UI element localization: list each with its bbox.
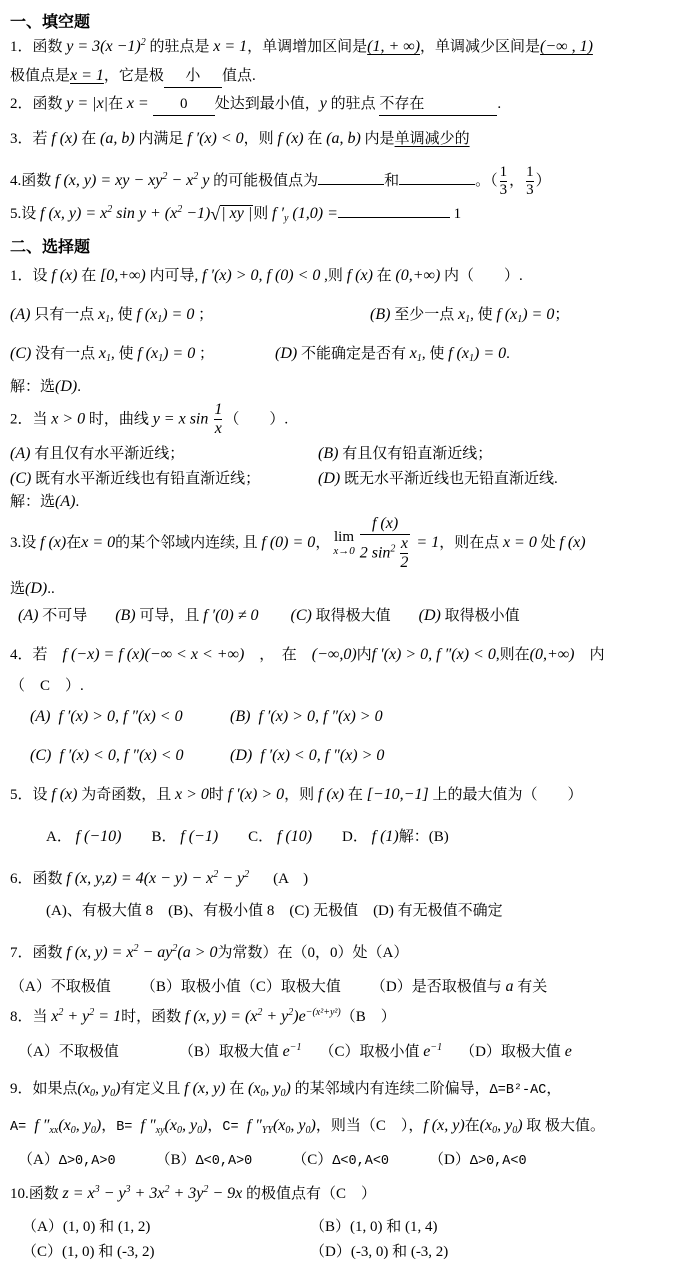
math-run: − 9x [208,1185,242,1202]
superscript: −1 [430,1042,442,1053]
mc4-answer: （ C ）. [10,675,673,697]
math-run: f (x, y) = xy − xy [55,172,162,189]
mc5-options: A． f (−10)B． f (−1)C． f (10)D． f (1)解：(B… [10,826,673,848]
text-run: （D） [429,1152,470,1168]
math-run: f (x [496,306,517,323]
text-run: 为奇函数，且 [77,787,175,803]
mc10-options-ab: （A）(1, 0) 和 (1, 2)（B）(1, 0) 和 (1, 4) [10,1216,673,1238]
math-run: f ′(x) > 0, f (0) < 0 [202,267,320,284]
column: (C)f ′(x) < 0, f ″(x) < 0 [30,745,230,767]
math-run: (D) [318,470,340,487]
math-run: x > 0 [51,410,85,427]
text-run: 。（ [475,173,498,189]
fraction: 13 [524,164,536,200]
math-run: [−10,−1] [367,786,429,803]
math-run: , y [290,1117,305,1134]
math-run: (D) [55,378,77,395]
text-run: C． [248,829,277,845]
fraction: x2 [398,535,410,573]
text-run: 既有水平渐近线也有铅直渐近线； [31,471,260,487]
section-2-lines: 1．设 f (x) 在 [0,+∞) 内可导, f ′(x) > 0, f (0… [10,265,673,1264]
text-run: （D）是否取极值与 [371,979,506,995]
text-run: ） [536,173,551,189]
section-1-lines: 1．函数 y = 3(x −1)2 的驻点是 x = 1，单调增加区间是(1, … [10,36,673,225]
math-run: f (x) [559,534,585,551]
mc3-statement: 3.设 f (x)在x = 0的某个邻域内连续, 且 f (0) = 0，lim… [10,515,673,572]
math-run: f (x) [347,267,373,284]
mono-run: Δ=B²-AC [490,1083,547,1098]
superscript: 2 [390,543,395,554]
exam-document: 一、填空题 1．函数 y = 3(x −1)2 的驻点是 x = 1，单调增加区… [0,0,683,1285]
math-run: f ′(x) < 0, f ″(x) > 0 [260,747,384,764]
math-run: | xy | [221,205,252,222]
math-run: f (x) [51,130,77,147]
text-run: 6．函数 [10,871,66,887]
mc2-options-ab: (A) 有且仅有水平渐近线；(B) 有且仅有铅直渐近线； [10,443,673,465]
text-run: 9．如果点 [10,1081,78,1097]
mc9-options: （A）Δ>0,A>0（B）Δ<0,A>0（C）Δ<0,A<0（D）Δ>0,A<0 [10,1149,673,1173]
math-run: x [401,535,408,552]
text-run: （B） [156,1152,196,1168]
text-run: 时，函数 [121,1009,185,1025]
mc1-solution: 解：选(D). [10,376,673,398]
math-run: , y [497,1117,512,1134]
text-run: 有且仅有水平渐近线； [30,446,184,462]
text-run: ， [101,1118,116,1134]
math-run: f (x, y) = x [40,205,107,222]
sqrt-radical: √| xy | [210,203,253,225]
math-run: (D) [25,580,47,597]
math-run: (a, b) [100,130,135,147]
text-run: 有定义且 [120,1081,184,1097]
mc10-options-cd: （C）(1, 0) 和 (-3, 2)（D）(-3, 0) 和 (-3, 2) [10,1241,673,1263]
text-run: 5.设 [10,206,40,222]
mc3-options: (A) 不可导(B) 可导，且 f ′(0) ≠ 0(C) 取得极大值(D) 取… [10,605,673,627]
math-run: )e [293,1008,305,1025]
math-run: f (1) [372,828,399,845]
math-run: − y [218,870,244,887]
math-run: f (x [137,345,158,362]
mono-run: Δ<0,A>0 [196,1154,253,1169]
superscript: 2 [244,869,249,880]
text-run: 没有一点 [31,346,99,362]
text-run: 的可能极值点为 [209,173,318,189]
column: (A)f ′(x) > 0, f ″(x) < 0 [30,706,230,728]
text-run: 时 [209,787,228,803]
math-run: − x [167,172,193,189]
math-run: = 1 [412,534,439,551]
math-run: − ay [138,944,172,961]
math-run: y [198,172,209,189]
math-run: (a, b) [326,130,361,147]
text-run: ,则在 [496,647,530,663]
mc7-options: （A）不取极值（B）取极小值（C）取极大值（D）是否取极值与 a 有关 [10,976,673,998]
math-run: f (x) [372,515,398,532]
math-run: (D) [230,747,252,764]
math-run: f (x, y,z) = 4(x − y) − x [66,870,213,887]
text-run: 在 [77,268,100,284]
text-run: . [506,346,510,362]
math-run: f (−10) [76,828,122,845]
math-run: (0,+∞) [395,267,440,284]
math-run: ) = 0 [163,345,195,362]
q1-statement-line1: 1．函数 y = 3(x −1)2 的驻点是 x = 1，单调增加区间是(1, … [10,36,673,58]
text-run: （B）取极大值 [179,1044,283,1060]
q3-statement: 3．若 f (x) 在 (a, b) 内满足 f ′(x) < 0，则 f (x… [10,128,673,150]
math-run: x = 0 [503,534,537,551]
math-run: f ′(x) > 0, f ″(x) < 0 [372,646,496,663]
text-run: 在 [66,535,81,551]
math-run: f (x [136,306,157,323]
text-run: 解：选 [10,379,55,395]
text-run: 4.函数 [10,173,55,189]
math-run: (x [78,1080,90,1097]
roman-run: 1 [526,164,534,180]
fraction: 13 [498,164,510,200]
column: （A）(1, 0) 和 (1, 2) [22,1216,310,1238]
answer-blank [318,169,384,185]
math-run: y = 3(x −1) [66,38,140,55]
text-run: ， 在 [244,647,312,663]
math-run: f (x, y) [423,1117,464,1134]
math-run: (A) [30,708,50,725]
text-run: 2．函数 [10,96,66,112]
text-run: 内是 [361,131,395,147]
text-run: 内 [574,647,604,663]
math-run: , y [76,1117,91,1134]
math-run: x = [127,95,153,112]
text-run: 1．函数 [10,39,66,55]
math-run: f (x, y) [184,1080,225,1097]
math-run: f (−1) [180,828,218,845]
mc8-statement: 8．当 x2 + y2 = 1时，函数 f (x, y) = (x2 + y2)… [10,1006,673,1028]
text-run: 在 [108,96,127,112]
math-run: f ′(x) < 0 [187,130,244,147]
text-run: 在 [465,1118,480,1134]
mc2-statement: 2．当 x > 0 时，曲线 y = x sin 1x（ ）. [10,401,673,439]
mc8-options: （A）不取极值（B）取极大值 e−1（C）取极小值 e−1（D）取极大值 e [10,1041,673,1063]
text-run: ； [195,346,214,362]
math-run: + 3x [131,1185,165,1202]
math-run: f ′(x) > 0, f ″(x) < 0 [58,708,182,725]
text-run: ，则当（C ）， [316,1118,424,1134]
mc5-statement: 5．设 f (x) 为奇函数，且 x > 0时 f ′(x) > 0，则 f (… [10,784,673,806]
math-run: 2 [400,554,408,571]
text-run: ； [194,307,213,323]
text-run: .. [47,581,55,597]
text-run: 选 [10,581,25,597]
text-run: 4．若 [10,647,63,663]
mc9-statement-line2: A= f ″xx(x0, y0)，B= f ″xy(x0, y0)，C= f ″… [10,1115,673,1139]
answer-blank: 不存在 [379,93,497,116]
text-run: (A)、有极大值 8 (B)、有极小值 8 (C) 无极值 (D) 有无极值不确… [46,903,503,919]
math-run: e [283,1043,290,1060]
text-run: D． [342,829,372,845]
text-run: （C）取极小值 [319,1044,423,1060]
column: (A) 只有一点 x1, 使 f (x1) = 0 ； [10,304,370,326]
math-run: x [99,345,106,362]
text-run: 3．若 [10,131,51,147]
text-run: 在 [373,268,396,284]
text-run: 只有一点 [30,307,98,323]
text-run: , 使 [422,346,448,362]
mono-run: Δ<0,A<0 [332,1154,389,1169]
math-run: + y [63,1008,89,1025]
text-run: 8．当 [10,1009,51,1025]
math-run: x [410,345,417,362]
text-run: （A）(1, 0) 和 (1, 2) [22,1219,150,1235]
text-run: 内（ ）. [440,268,523,284]
mono-run: A= [10,1120,34,1135]
math-run: (D) [419,607,441,624]
text-run: 1 [450,206,461,222]
section-2-heading: 二、选择题 [10,237,673,258]
math-run: [0,+∞) [100,267,146,284]
subscript: xy [156,1125,165,1136]
math-run: f ′(x) > 0, f ″(x) > 0 [258,708,382,725]
section-multiple-choice: 二、选择题 1．设 f (x) 在 [0,+∞) 内可导, f ′(x) > 0… [10,237,673,1264]
text-run: 为常数）在（0，0）处（A） [218,945,409,961]
text-run: （D）取极大值 [460,1044,565,1060]
mc6-statement: 6．函数 f (x, y,z) = 4(x − y) − x2 − y2(A ) [10,868,673,890]
math-run: y = |x| [66,95,108,112]
math-run: f ″ [141,1117,156,1134]
q4-statement: 4.函数 f (x, y) = xy − xy2 − x2 y 的可能极值点为和… [10,164,673,200]
text-run: 既无水平渐近线也无铅直渐近线. [340,471,558,487]
text-run: 处 [537,535,560,551]
column: (A) 有且仅有水平渐近线； [10,443,318,465]
math-run: (B) [370,306,390,323]
text-run: 在 [304,131,327,147]
text-run: （B）(1, 0) 和 (1, 4) [310,1219,438,1235]
text-run: 2．当 [10,411,51,427]
math-run: x > 0 [175,786,209,803]
math-run: (x [248,1080,260,1097]
text-run: （ ）. [224,411,288,427]
text-run: 10.函数 [10,1186,63,1202]
math-run: ) = 0 [474,345,506,362]
math-run: (1, + ∞) [367,38,420,55]
math-run: f (x, y) = (x [185,1008,258,1025]
mono-run: Δ>0,A>0 [59,1154,116,1169]
math-run: (A) [10,445,30,462]
text-run: 单调减少的 [395,131,470,147]
math-run: f (0) = 0 [261,534,315,551]
math-run: = 1 [94,1008,121,1025]
text-run: 内 [357,647,372,663]
column: （C）(1, 0) 和 (-3, 2) [22,1241,310,1263]
roman-run: 1 [500,164,508,180]
text-run: （C）(1, 0) 和 (-3, 2) [22,1244,154,1260]
text-run: 在 [77,131,100,147]
math-run: (B) [230,708,250,725]
math-run: ) = 0 [162,306,194,323]
text-run: ，则在点 [439,535,503,551]
text-run: 的极值点有（C ） [242,1186,376,1202]
math-run: − y [100,1185,126,1202]
q2-statement: 2．函数 y = |x|在 x = 0处达到最小值，y 的驻点 不存在 . [10,93,673,116]
math-run: (D) [275,345,297,362]
answer-blank: 0 [153,93,215,116]
text-run: 1．设 [10,268,51,284]
text-run: B． [152,829,181,845]
text-run: ，单调增加区间是 [247,39,367,55]
limit-operator: limx→0 [333,530,354,557]
text-run: 7．函数 [10,945,66,961]
text-run: 的驻点是 [146,39,214,55]
math-run: (1,0) = [288,205,337,222]
math-run: ) = 0 [522,306,554,323]
text-run: （B）取极小值（C）取极大值 [141,979,341,995]
mc2-options-cd: (C) 既有水平渐近线也有铅直渐近线；(D) 既无水平渐近线也无铅直渐近线. [10,468,673,490]
math-run: x [215,420,222,437]
q1-statement-line2: 极值点是x = 1，它是极小值点. [10,65,673,88]
math-run: , y [265,1080,280,1097]
underlined-answer: (1, + ∞) [367,39,420,55]
fraction: 1x [212,401,224,439]
math-run: f ′(0) ≠ 0 [203,607,258,624]
math-run: y = x sin [153,410,213,427]
math-run: f (x, y) = x [66,944,133,961]
answer-blank [338,202,450,218]
math-run: (A) [55,493,75,510]
underlined-answer: 单调减少的 [395,131,470,147]
mc1-statement: 1．设 f (x) 在 [0,+∞) 内可导, f ′(x) > 0, f (0… [10,265,673,287]
text-run: 值点. [222,68,256,84]
text-run: （A） [18,1152,59,1168]
mono-run: C= [222,1120,246,1135]
text-run: 在 [344,787,367,803]
roman-run: 3 [526,182,534,198]
underlined-answer: x = 1 [70,68,104,84]
math-run: , y [95,1080,110,1097]
math-run: (C) [30,747,51,764]
text-run: 3.设 [10,535,40,551]
text-run: 取得极小值 [441,608,520,624]
column: (C) 没有一点 x1, 使 f (x1) = 0 ； [10,343,275,365]
text-run: ， [509,173,524,189]
math-run: x = 1 [213,38,247,55]
text-run: （C） [292,1152,332,1168]
mc2-solution: 解：选(A). [10,491,673,513]
math-run: 1 [214,401,222,418]
text-run: 内可导, [146,268,202,284]
math-run: −1) [182,205,210,222]
superscript: −(x²+y²) [306,1007,341,1018]
text-run: . [75,494,79,510]
text-run: ，它是极 [104,68,164,84]
column: (C) 既有水平渐近线也有铅直渐近线； [10,468,318,490]
math-run: f ′ [272,205,284,222]
underlined-answer: (−∞ , 1) [540,39,593,55]
text-run: （ C ）. [10,678,84,694]
text-run: 时，曲线 [85,411,153,427]
mc1-options-ab: (A) 只有一点 x1, 使 f (x1) = 0 ；(B) 至少一点 x1, … [10,304,673,326]
text-run: ，则 [284,787,318,803]
mc10-statement: 10.函数 z = x3 − y3 + 3x2 + 3y2 − 9x 的极值点有… [10,1183,673,1205]
text-run: （B ） [341,1009,396,1025]
text-run: （A）不取极值 [18,1044,119,1060]
math-run: (A) [10,306,30,323]
math-run: z = x [63,1185,95,1202]
section-1-heading: 一、填空题 [10,12,673,33]
text-run: (A ) [273,871,308,887]
text-run: ， [546,1081,561,1097]
math-run: f (x) [51,786,77,803]
math-run: + y [262,1008,288,1025]
text-run: 有且仅有铅直渐近线； [338,446,492,462]
superscript: −1 [290,1042,302,1053]
q5-statement: 5.设 f (x, y) = x2 sin y + (x2 −1)√| xy |… [10,202,673,225]
math-run: x [98,306,105,323]
text-run: （D）(-3, 0) 和 (-3, 2) [310,1244,448,1260]
math-run: (C) [10,470,31,487]
text-run: 取得极大值 [312,608,391,624]
text-run: , 使 [470,307,496,323]
mc3-solution: 选(D).. [10,578,673,600]
text-run: ，单调减少区间是 [420,39,540,55]
math-run: 2 sin [360,544,391,561]
text-run: 可导，且 [136,608,204,624]
text-run: ,则 [320,268,346,284]
text-run: ， [315,535,330,551]
math-run: f (−x) = f (x)(−∞ < x < +∞) [63,646,245,663]
math-run: (B) [318,445,338,462]
text-run: . [77,379,81,395]
text-run: 处达到最小值， [215,96,320,112]
roman-run: 3 [500,182,508,198]
text-run: , 使 [111,346,137,362]
mono-run: B= [116,1120,140,1135]
math-run: f ″ [34,1117,49,1134]
subscript: xx [49,1125,58,1136]
math-run: (0,+∞) [530,646,575,663]
math-run: f (x [448,345,469,362]
text-run: 极值点是 [10,68,70,84]
math-run: f (x) [277,130,303,147]
text-run: , 使 [110,307,136,323]
math-run: sin y + (x [112,205,177,222]
text-run: 和 [384,173,399,189]
math-run: y [320,95,327,112]
text-run: 内满足 [135,131,188,147]
text-run: 解：(B) [399,829,449,845]
math-run: + 3y [169,1185,203,1202]
text-run: 5．设 [10,787,51,803]
mc7-statement: 7．函数 f (x, y) = x2 − ay2(a > 0为常数）在（0，0）… [10,942,673,964]
mc6-options: (A)、有极大值 8 (B)、有极小值 8 (C) 无极值 (D) 有无极值不确… [10,900,673,922]
mc1-options-cd: (C) 没有一点 x1, 使 f (x1) = 0 ；(D) 不能确定是否有 x… [10,343,673,365]
answer-blank: 小 [164,65,222,88]
math-run: f (x) [40,534,66,551]
text-run: 不能确定是否有 [297,346,410,362]
text-run: 至少一点 [390,307,458,323]
mc9-statement-line1: 9．如果点(x0, y0)有定义且 f (x, y) 在 (x0, y0) 的某… [10,1078,673,1102]
math-run: (x [273,1117,285,1134]
math-run: (−∞ , 1) [540,38,593,55]
math-run: e [565,1043,572,1060]
text-run: （A）不取极值 [10,979,111,995]
answer-blank [399,169,475,185]
math-run: (−∞,0) [312,646,357,663]
math-run: (C) [291,607,312,624]
math-run: f ′(x) < 0, f ″(x) < 0 [59,747,183,764]
text-run: 在 [225,1081,248,1097]
math-run: f (10) [277,828,312,845]
math-run: (A) [18,607,38,624]
subscript: YY [262,1125,273,1136]
text-run: 的某邻域内有连续二阶偏导， [291,1081,490,1097]
